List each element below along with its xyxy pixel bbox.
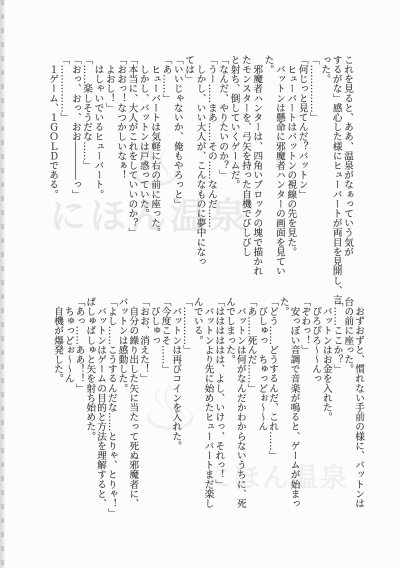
text-column: 「おお、消えた！」 xyxy=(137,297,148,512)
text-column: 自分の繰り出した矢に当たって死ぬ邪魔者に、 xyxy=(127,297,138,512)
text-column: 「いいじゃないか、俺もやろっと」 xyxy=(172,55,183,287)
text-column: ては」 xyxy=(183,55,194,287)
text-column: バットンはゲームの目的と方法を理解すると、 xyxy=(94,297,105,512)
text-column: 「はははははは、よし、いけっ、それっ！」 xyxy=(213,297,224,512)
text-column: するがな」感心した様にヒューバートが両目を見開し、言 xyxy=(330,55,341,287)
text-column: 「よし……こうするんだな……とりゃ、とりゃ！」 xyxy=(105,297,116,512)
text-column: バットンより先に始めたヒューバートまだ楽し xyxy=(202,297,213,512)
text-column: 「あ……死んだ……」 xyxy=(245,297,256,512)
text-column: んでいる。 xyxy=(191,297,202,512)
text-column: ヒューバートはバットンの視線の先を見た。 xyxy=(285,55,296,287)
text-column: 「おっ、おっ、おお――――っ」 xyxy=(69,55,80,287)
text-column: 「あっ……ああ！！」 xyxy=(73,297,84,512)
text-column: と射ち、倒していくゲームだ。 xyxy=(228,55,239,287)
text-column: 「……楽しそうだな……」 xyxy=(81,55,92,287)
text-column: 「今度こそ……」 xyxy=(159,297,170,512)
text-column: 自機が爆発した。 xyxy=(51,297,62,512)
text-column: おずおずと、慣れない手前の様に、バットンは xyxy=(352,297,363,512)
lower-text-block: おずおずと、慣れない手前の様に、バットンは 台の前に座った。 「……ここか？」 … xyxy=(51,297,363,512)
text-column: バットンはお金を入れた。 xyxy=(320,297,331,512)
binding-shadow-marks xyxy=(1,0,4,568)
text-column: しかし、いい大人が、こんなものに夢中になっ xyxy=(194,55,205,287)
text-column: バットンは再びコインを入れた。 xyxy=(170,297,181,512)
text-column: んでしまった。 xyxy=(223,297,234,512)
text-column: 「うー……まあ……その……なんだ…… xyxy=(206,55,217,287)
text-column: バットンは感動した。 xyxy=(116,297,127,512)
text-column: た。 xyxy=(277,297,288,512)
text-column: 「……ここか？」 xyxy=(331,297,342,512)
text-column: 「あ……」 xyxy=(160,55,171,287)
text-column: 邪魔者ハンターは、四角いブロックの塊で描かれ xyxy=(251,55,262,287)
text-column: しかし、バットンは戸惑っていた。 xyxy=(137,55,148,287)
text-column: った。 xyxy=(319,55,330,287)
text-column: ちゅっどぉ～～ん xyxy=(62,297,73,512)
text-column: びしゅっ xyxy=(148,297,159,512)
text-column: ぴろぴろ～～んっ xyxy=(309,297,320,512)
text-column: たモンスターを、弓矢を持った自機でびしびし xyxy=(240,55,251,287)
text-column: はしゃいでいるヒューバート。 xyxy=(92,55,103,287)
text-column: バットンは懸命に邪魔者ハンターの画面を見てい xyxy=(274,55,285,287)
text-column: た。 xyxy=(262,55,273,287)
text-column: これを見ると、ああ、温泉がなぁっていう気が xyxy=(342,55,353,287)
text-column: 「おおっ！なつかしいなぁ！ xyxy=(115,55,126,287)
text-column: よおし！」 xyxy=(103,55,114,287)
text-column: 「なんだ、やりたいのか？」 xyxy=(217,55,228,287)
text-column: 「…………」 xyxy=(180,297,191,512)
text-column: １ゲーム、１ＧＯＬＤである。 xyxy=(47,55,58,287)
upper-text-block: これを見ると、ああ、温泉がなぁっていう気が するがな」感心した様にヒューバートが… xyxy=(47,55,353,287)
text-column: 「ぞわっ！」 xyxy=(299,297,310,512)
text-column: バットンは何がなんだかわからないうちに、死 xyxy=(234,297,245,512)
text-column: 「どう……どうするんだ、これ……」 xyxy=(266,297,277,512)
text-column: 安っぽい音調で音楽が鳴ると、ゲームが始まっ xyxy=(288,297,299,512)
text-column: 「……………」 xyxy=(308,55,319,287)
text-column: 台の前に座った。 xyxy=(342,297,353,512)
text-column: 「……………」 xyxy=(58,55,69,287)
book-page: ♨ にほん温泉 ♨ にほん温泉 これを見ると、ああ、温泉がなぁっていう気が する… xyxy=(0,0,400,568)
text-column: ばしゅばしゅと矢を射ち始めた。 xyxy=(84,297,95,512)
text-column: ヒューバートは気軽に右の前に座った。 xyxy=(149,55,160,287)
text-column: 「何じっと見てんだ？バットン」 xyxy=(296,55,307,287)
text-column: びしゅっ ちゅっどぉ～～ん xyxy=(256,297,267,512)
text-column: 「本当に、大人がこれをしていいのか？」 xyxy=(126,55,137,287)
